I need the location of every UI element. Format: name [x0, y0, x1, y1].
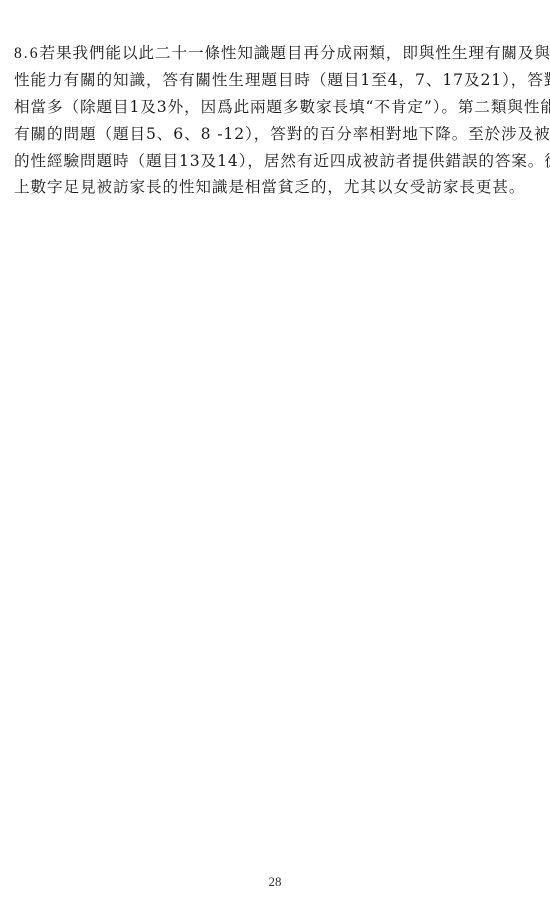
paragraph-line-6: 上數字足見被訪家長的性知識是相當貧乏的，尤其以女受訪家長更甚。 — [14, 174, 546, 201]
paragraph-line-4: 有關的問題（題目5、6、8 -12），答對的百分率相對地下降。至於涉及被訪者 — [14, 121, 546, 148]
paragraph-line-2: 性能力有關的知識，答有關性生理題目時（題目1至4，7、17及21），答對的人 — [14, 67, 546, 94]
document-page: 8.6 若果我們能以此二十一條性知識題目再分成兩類，即與性生理有關及與 性能力有… — [0, 0, 550, 917]
paragraph-line-1: 8.6 若果我們能以此二十一條性知識題目再分成兩類，即與性生理有關及與 — [14, 40, 546, 67]
section-number: 8.6 — [14, 40, 40, 67]
paragraph-text-line-1: 若果我們能以此二十一條性知識題目再分成兩類，即與性生理有關及與 — [40, 40, 550, 67]
paragraph-line-5: 的性經驗問題時（題目13及14），居然有近四成被訪者提供錯誤的答案。從以 — [14, 148, 546, 175]
page-number: 28 — [0, 874, 550, 890]
paragraph-line-3: 相當多（除題目1及3外，因爲此兩題多數家長填“不肯定”）。第二類與性能力 — [14, 94, 546, 121]
